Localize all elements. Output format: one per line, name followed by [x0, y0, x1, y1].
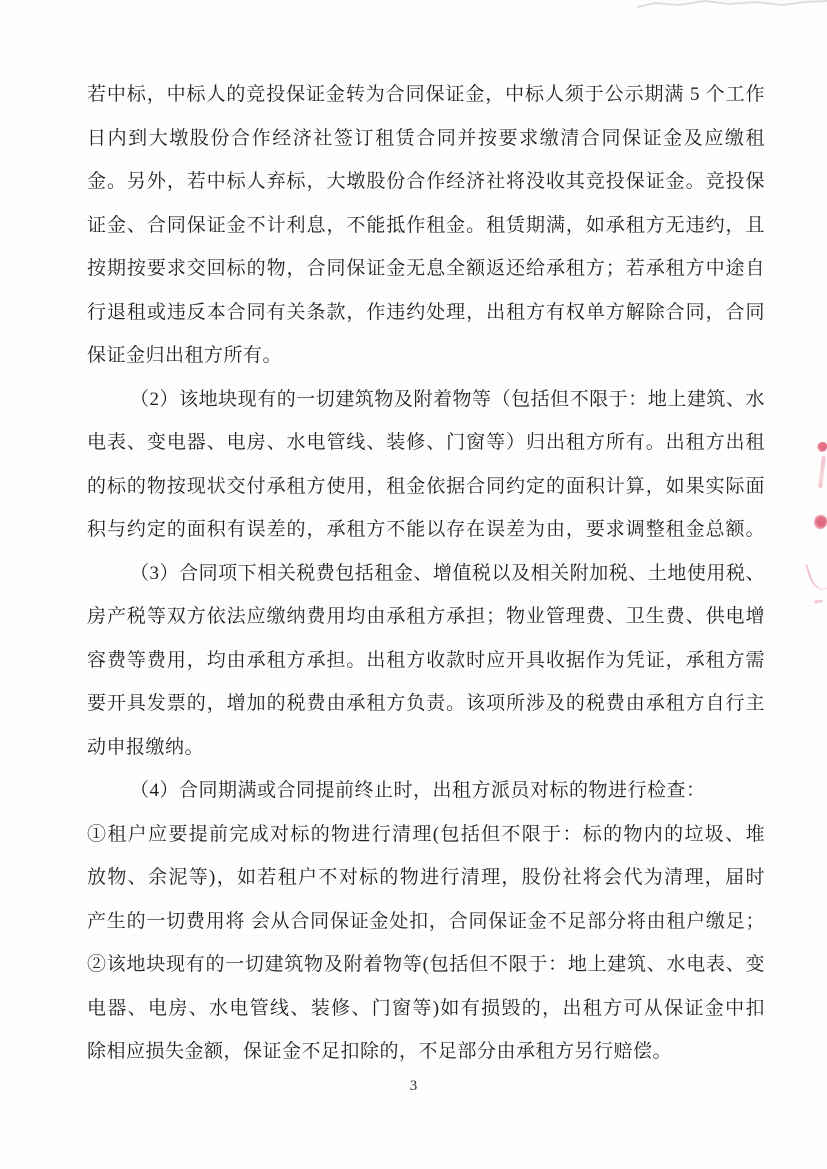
page-number: 3: [0, 1078, 827, 1095]
text-line: 电表、变电器、电房、水电管线、装修、门窗等）归出租方所有。出租方出租: [87, 421, 765, 465]
red-seal-fragment: [805, 560, 827, 592]
text-line: 的标的物按现状交付承租方使用，租金依据合同约定的面积计算，如果实际面: [87, 465, 765, 509]
red-seal-fragment: [818, 456, 826, 488]
text-line: （4）合同期满或合同提前终止时，出租方派员对标的物进行检查：: [87, 769, 765, 813]
text-line: ①租户应要提前完成对标的物进行清理(包括但不限于：标的物内的垃圾、堆: [87, 813, 765, 857]
text-line: 若中标，中标人的竞投保证金转为合同保证金，中标人须于公示期满 5 个工作: [87, 73, 765, 117]
text-line: 要开具发票的，增加的税费由承租方负责。该项所涉及的税费由承租方自行主: [87, 682, 765, 726]
text-line: 保证金归出租方所有。: [87, 334, 765, 378]
red-seal-fragment: [817, 442, 827, 452]
text-line: 除相应损失金额，保证金不足扣除的，不足部分由承租方另行赔偿。: [87, 1030, 765, 1074]
text-line: 放物、余泥等)，如若租户不对标的物进行清理，股份社将会代为清理，届时: [87, 856, 765, 900]
text-line: 容费等费用，均由承租方承担。出租方收款时应开具收据作为凭证，承租方需: [87, 639, 765, 683]
text-line: 日内到大墩股份合作经济社签订租赁合同并按要求缴清合同保证金及应缴租: [87, 117, 765, 161]
text-line: 金。另外，若中标人弃标，大墩股份合作经济社将没收其竞投保证金。竞投保: [87, 160, 765, 204]
text-line: 电器、电房、水电管线、装修、门窗等)如有损毁的，出租方可从保证金中扣: [87, 987, 765, 1031]
scan-artifact-line: [637, 0, 827, 10]
text-line: 动申报缴纳。: [87, 726, 765, 770]
text-line: 产生的一切费用将 会从合同保证金处扣，合同保证金不足部分将由租户缴足；: [87, 900, 765, 944]
red-seal-fragment: [814, 515, 827, 529]
text-line: 证金、合同保证金不计利息，不能抵作租金。租赁期满，如承租方无违约，且: [87, 204, 765, 248]
text-line: 行退租或违反本合同有关条款，作违约处理，出租方有权单方解除合同，合同: [87, 291, 765, 335]
text-line: （3）合同项下相关税费包括租金、增值税以及相关附加税、土地使用税、: [87, 552, 765, 596]
red-seal-fragment: [814, 599, 823, 603]
document-page: 若中标，中标人的竞投保证金转为合同保证金，中标人须于公示期满 5 个工作 日内到…: [0, 0, 827, 1169]
text-line: 房产税等双方依法应缴纳费用均由承租方承担；物业管理费、卫生费、供电增: [87, 595, 765, 639]
text-line: 按期按要求交回标的物，合同保证金无息全额返还给承租方；若承租方中途自: [87, 247, 765, 291]
body-text: 若中标，中标人的竞投保证金转为合同保证金，中标人须于公示期满 5 个工作 日内到…: [87, 73, 765, 1074]
text-line: （2）该地块现有的一切建筑物及附着物等（包括但不限于：地上建筑、水: [87, 378, 765, 422]
text-line: 积与约定的面积有误差的，承租方不能以存在误差为由，要求调整租金总额。: [87, 508, 765, 552]
text-line: ②该地块现有的一切建筑物及附着物等(包括但不限于：地上建筑、水电表、变: [87, 943, 765, 987]
